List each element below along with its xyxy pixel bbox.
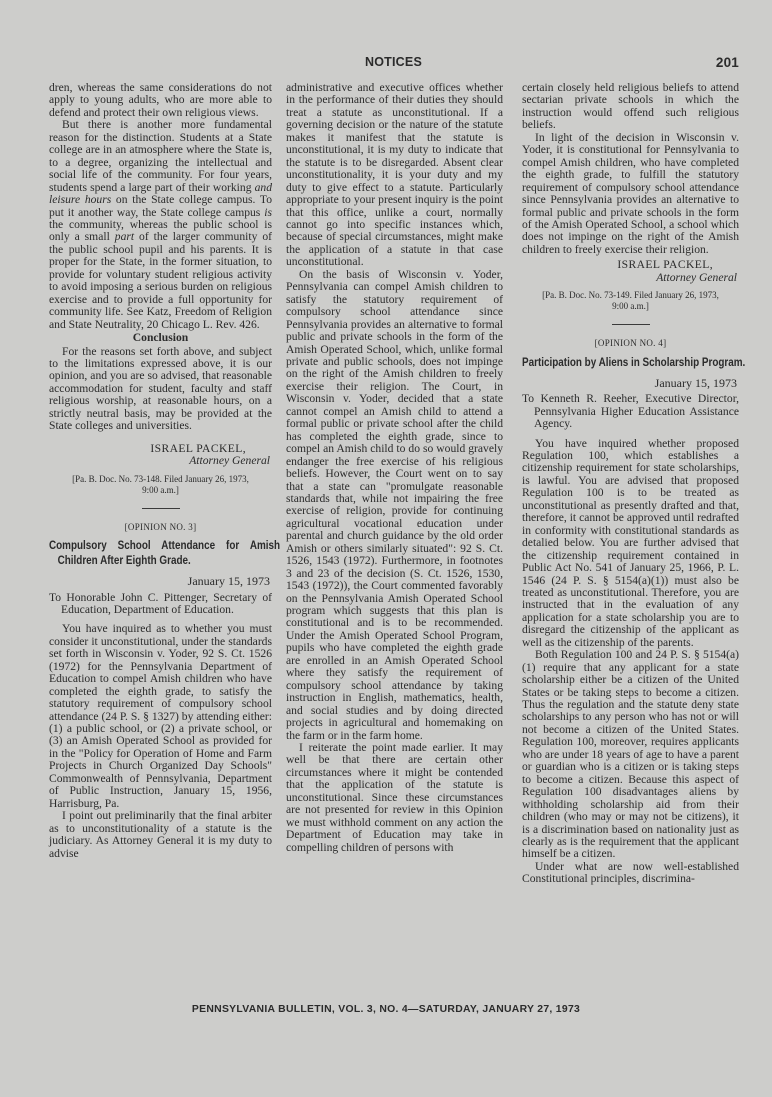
column-middle: administrative and executive offices whe… (286, 82, 503, 854)
page-number: 201 (716, 55, 739, 70)
paragraph: But there is another more fundamental re… (49, 119, 272, 331)
signature-block: ISRAEL PACKEL, Attorney General (49, 443, 272, 468)
paragraph: I point out preliminarily that the final… (49, 810, 272, 860)
paragraph: dren, whereas the same considerations do… (49, 82, 272, 119)
paragraph: For the reasons set forth above, and sub… (49, 346, 272, 433)
page-footer: PENNSYLVANIA BULLETIN, VOL. 3, NO. 4—SAT… (0, 1004, 772, 1015)
paragraph: You have inquired as to whether you must… (49, 623, 272, 810)
opinion-title: Compulsory School Attendance for Amish C… (49, 539, 280, 569)
paragraph: certain closely held religious beliefs t… (522, 82, 739, 132)
section-heading-conclusion: Conclusion (49, 332, 272, 344)
column-right: certain closely held religious beliefs t… (522, 82, 739, 886)
divider-rule (612, 324, 650, 325)
opinion-date: January 15, 1973 (49, 575, 270, 587)
document-page: NOTICES 201 dren, whereas the same consi… (0, 0, 772, 1097)
divider-rule (142, 508, 180, 509)
opinion-number: [OPINION NO. 4] (522, 337, 739, 349)
signature-title: Attorney General (522, 272, 737, 284)
addressee: To Kenneth R. Reeher, Executive Director… (522, 393, 739, 430)
paragraph: Both Regulation 100 and 24 P. S. § 5154(… (522, 649, 739, 861)
paragraph: On the basis of Wisconsin v. Yoder, Penn… (286, 269, 503, 742)
opinion-number: [OPINION NO. 3] (49, 521, 272, 533)
paragraph: administrative and executive offices whe… (286, 82, 503, 269)
filing-note: [Pa. B. Doc. No. 73-149. Filed January 2… (522, 290, 739, 312)
addressee: To Honorable John C. Pittenger, Secretar… (49, 592, 272, 617)
column-left: dren, whereas the same considerations do… (49, 82, 272, 860)
signature-name: ISRAEL PACKEL, (522, 259, 737, 271)
section-title: NOTICES (48, 55, 739, 69)
paragraph: Under what are now well-established Cons… (522, 861, 739, 886)
paragraph: I reiterate the point made earlier. It m… (286, 742, 503, 854)
paragraph: In light of the decision in Wisconsin v.… (522, 132, 739, 257)
paragraph: You have inquired whether proposed Regul… (522, 438, 739, 650)
filing-note: [Pa. B. Doc. No. 73-148. Filed January 2… (49, 474, 272, 496)
signature-block: ISRAEL PACKEL, Attorney General (522, 259, 739, 284)
opinion-title: Participation by Aliens in Scholarship P… (522, 356, 747, 371)
running-head: NOTICES 201 (48, 55, 739, 71)
opinion-date: January 15, 1973 (522, 377, 737, 389)
signature-title: Attorney General (49, 455, 270, 467)
